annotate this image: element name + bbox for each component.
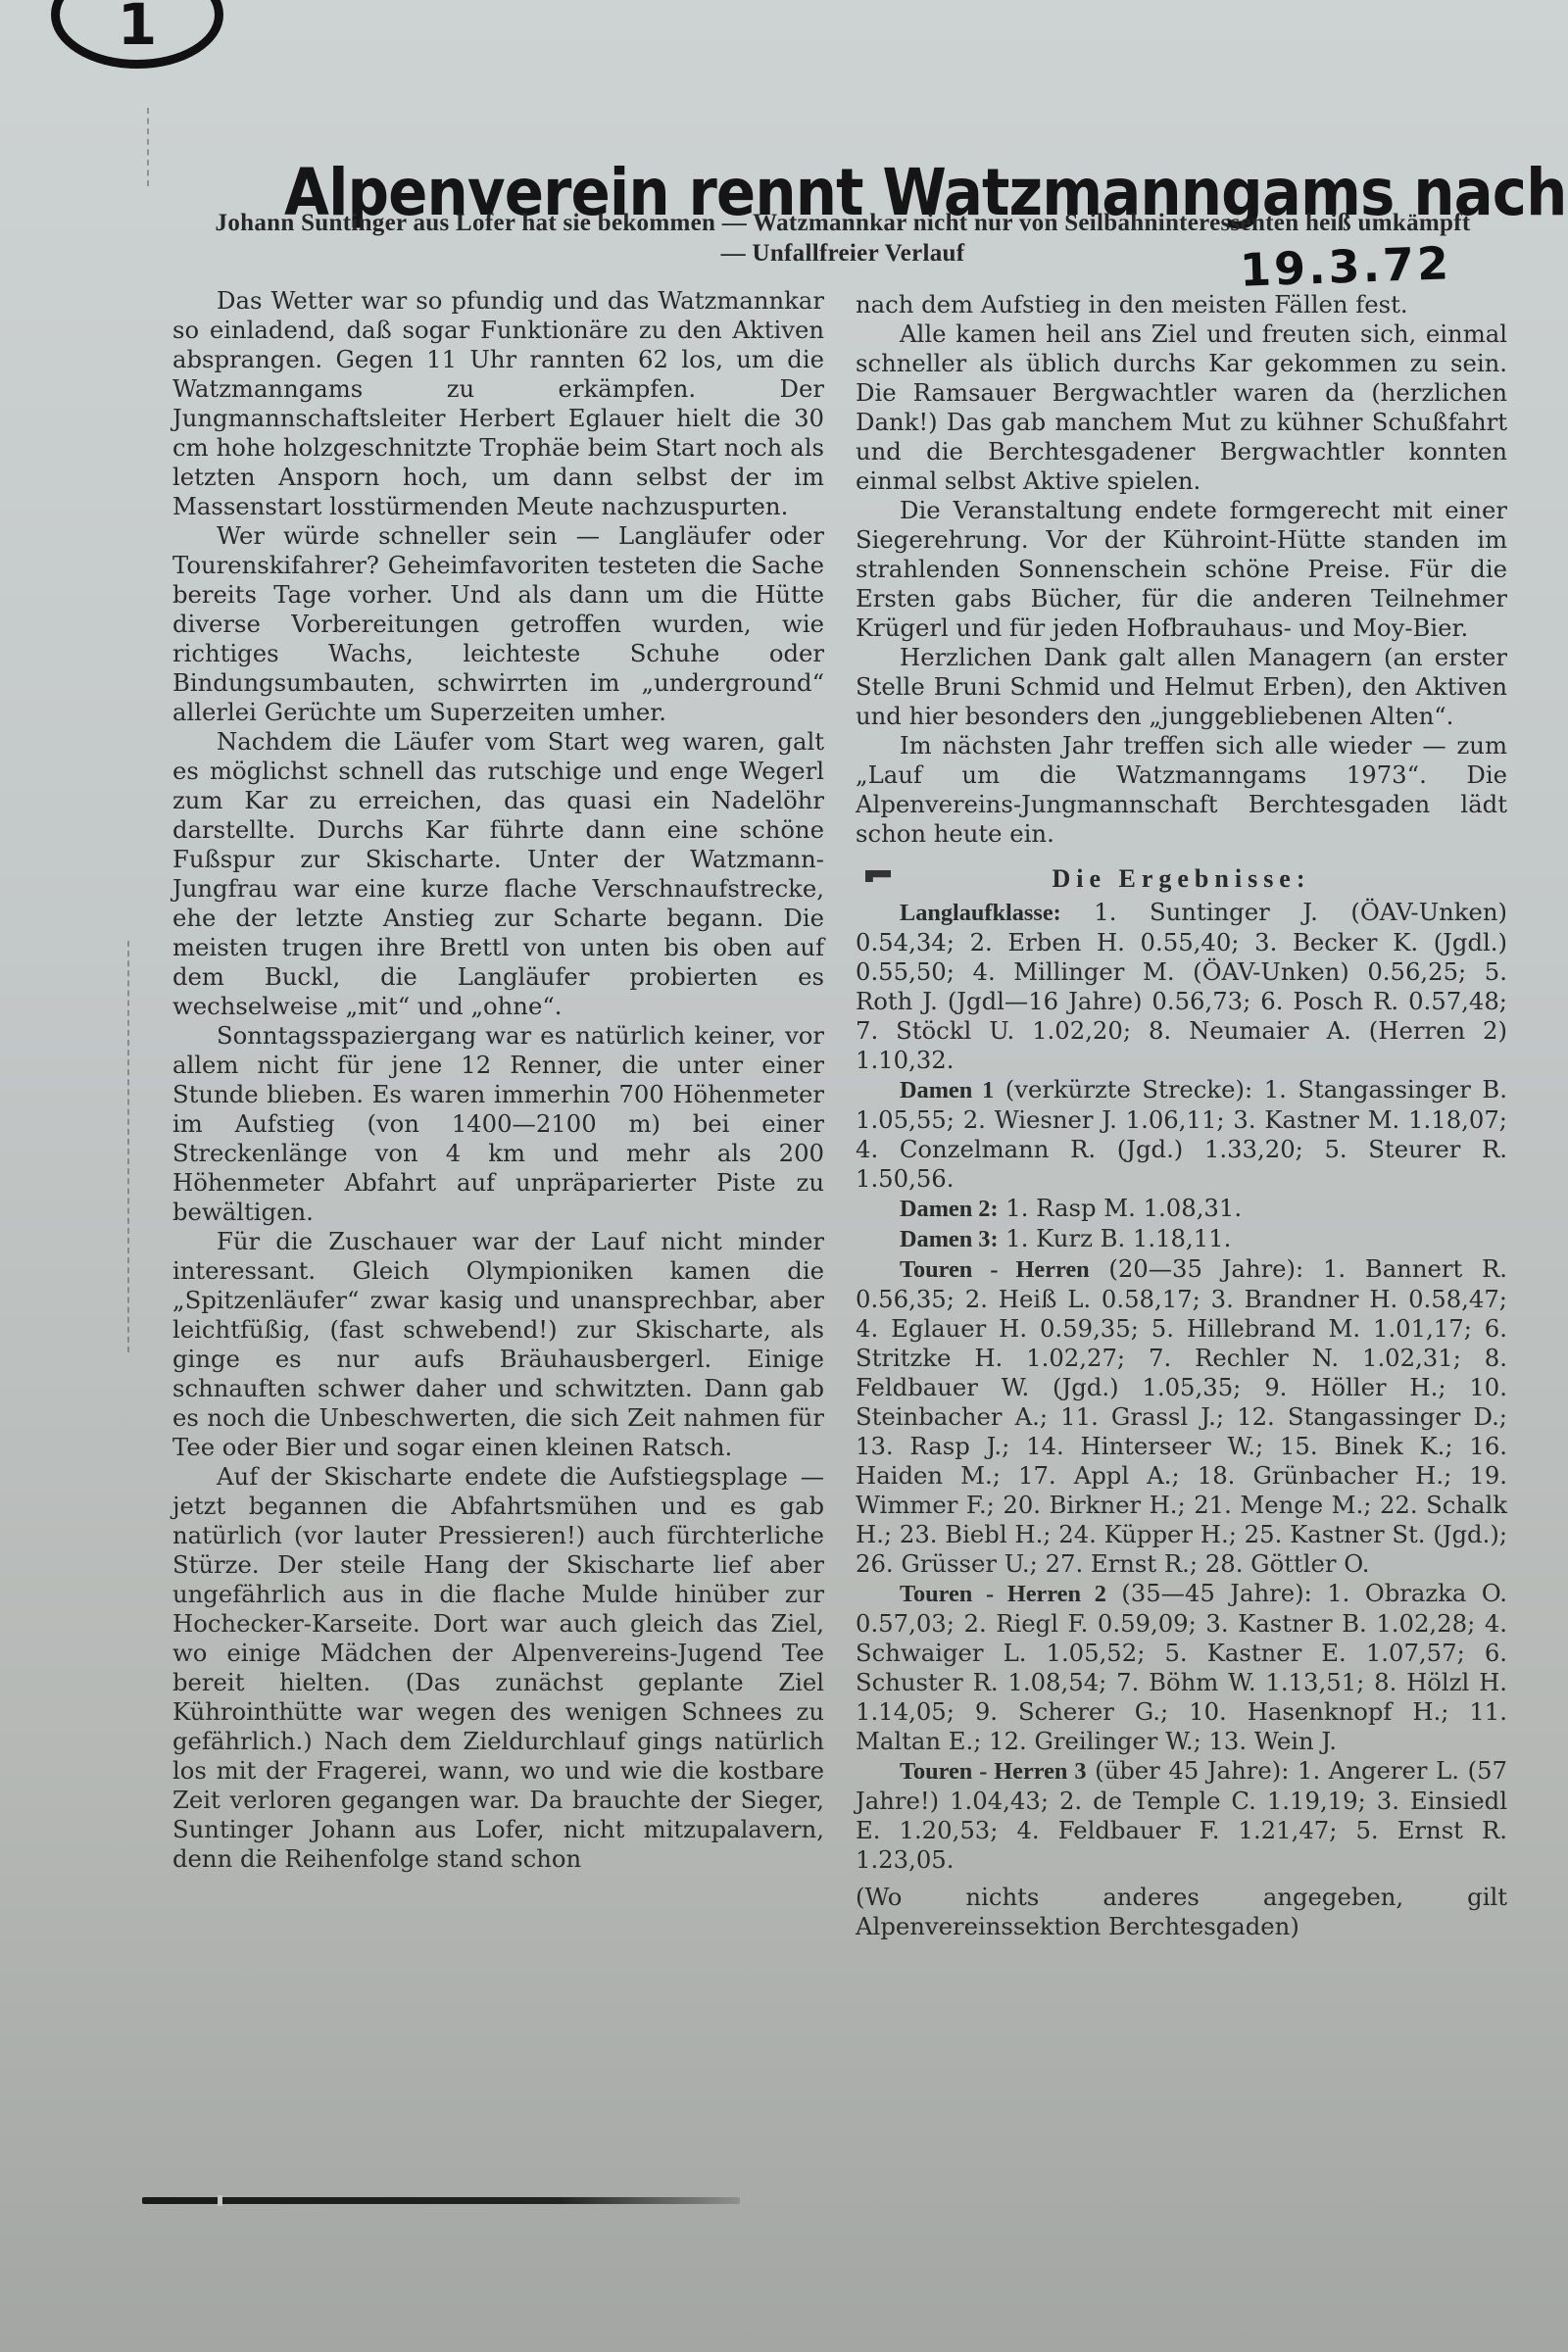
- category-name: Damen 2:: [900, 1196, 999, 1222]
- category-name: Touren - Herren 2: [900, 1581, 1106, 1607]
- paragraph: nach dem Aufstieg in den meisten Fällen …: [856, 290, 1507, 319]
- results-category: Langlaufklasse: 1. Suntinger J. (ÖAV-Unk…: [856, 898, 1507, 1075]
- category-name: Damen 1: [900, 1077, 994, 1103]
- margin-marks: [127, 941, 135, 1352]
- handwritten-date: 19.3.72: [1239, 236, 1452, 297]
- category-name: Touren - Herren: [900, 1256, 1090, 1283]
- paragraph: Auf der Skischarte endete die Aufstiegsp…: [172, 1462, 824, 1874]
- rule-gap: [218, 2195, 222, 2206]
- column-divider-rule: [142, 2197, 740, 2204]
- handwritten-page-number: 1: [51, 0, 223, 69]
- paragraph: Herzlichen Dank galt allen Managern (an …: [856, 643, 1507, 731]
- results-heading: Die Ergebnisse:: [856, 864, 1507, 894]
- results-category: Touren - Herren 2 (35—45 Jahre): 1. Obra…: [856, 1579, 1507, 1756]
- pointing-hand-icon: [865, 870, 891, 882]
- article-column-left: Das Wetter war so pfundig und das Watzma…: [172, 286, 824, 1874]
- category-name: Langlaufklasse:: [900, 900, 1061, 926]
- category-results: (20—35 Jahre): 1. Bannert R. 0.56,35; 2.…: [856, 1254, 1507, 1578]
- results-footnote: (Wo nichts anderes angegeben, gilt Alpen…: [856, 1883, 1507, 1941]
- results-category: Touren - Herren 3 (über 45 Jahre): 1. An…: [856, 1756, 1507, 1875]
- paragraph: Im nächsten Jahr treffen sich alle wiede…: [856, 731, 1507, 849]
- margin-marks: [147, 108, 151, 186]
- page-number-text: 1: [118, 0, 157, 58]
- category-name: Touren - Herren 3: [900, 1758, 1086, 1785]
- paragraph: Für die Zuschauer war der Lauf nicht min…: [172, 1227, 824, 1462]
- results-category: Damen 1 (verkürzte Strecke): 1. Stangass…: [856, 1075, 1507, 1194]
- paragraph: Die Veranstaltung endete formgerecht mit…: [856, 496, 1507, 643]
- category-name: Damen 3:: [900, 1226, 999, 1252]
- results-category: Touren - Herren (20—35 Jahre): 1. Banner…: [856, 1254, 1507, 1579]
- category-results: 1. Kurz B. 1.18,11.: [1005, 1224, 1231, 1252]
- article-column-right: nach dem Aufstieg in den meisten Fällen …: [856, 290, 1507, 1941]
- paragraph: Wer würde schneller sein — Langläufer od…: [172, 521, 824, 727]
- results-title: Die Ergebnisse:: [1052, 864, 1310, 893]
- paragraph: Alle kamen heil ans Ziel und freuten sic…: [856, 319, 1507, 496]
- category-results: 1. Rasp M. 1.08,31.: [1005, 1194, 1242, 1222]
- paragraph: Das Wetter war so pfundig und das Watzma…: [172, 286, 824, 521]
- paragraph: Sonntagsspaziergang war es natürlich kei…: [172, 1021, 824, 1227]
- results-category: Damen 3: 1. Kurz B. 1.18,11.: [856, 1224, 1507, 1254]
- results-category: Damen 2: 1. Rasp M. 1.08,31.: [856, 1194, 1507, 1224]
- paragraph: Nachdem die Läufer vom Start weg waren, …: [172, 727, 824, 1021]
